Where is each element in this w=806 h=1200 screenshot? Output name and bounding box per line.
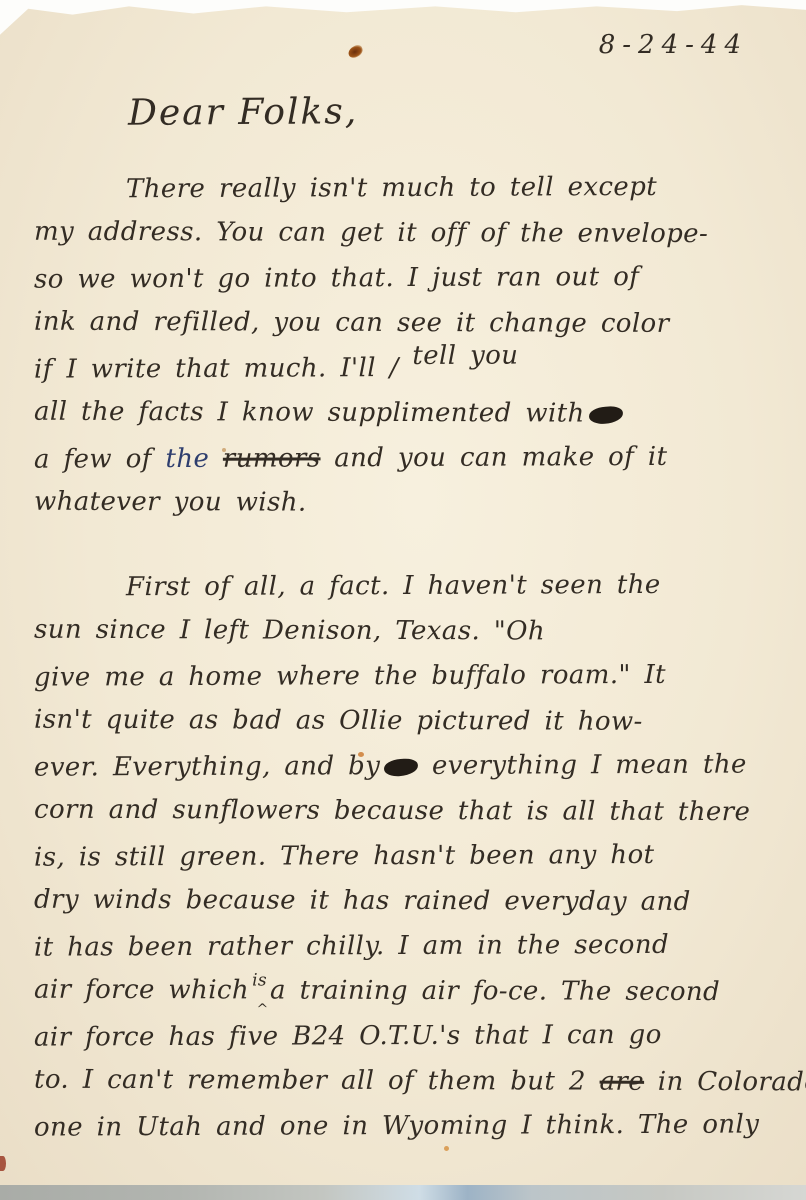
letter-line: whatever you wish. (34, 480, 782, 528)
letter-segment: There really isn't much to tell except (126, 172, 657, 204)
letter-segment: it has been rather chilly. I am in the s… (34, 930, 669, 963)
letter-segment-blob (384, 757, 419, 776)
letter-segment: air force which (34, 975, 249, 1006)
letter-segment: my address. You can get it off of the en… (34, 217, 708, 249)
letter-line: ink and refilled, you can see it change … (34, 300, 782, 348)
letter-line: isn't quite as bad as Ollie pictured it … (34, 698, 782, 746)
letter-segment: give me a home where the buffalo roam." … (34, 660, 666, 693)
letter-segment: ink and refilled, you can see it change … (34, 307, 670, 339)
letter-segment: ever. Everything, and by (34, 751, 380, 783)
letter-segment: in Colorado (644, 1067, 806, 1098)
letter-line: ever. Everything, and by everything I me… (34, 742, 782, 790)
letter-line: is, is still green. There hasn't been an… (34, 832, 782, 880)
letter-line: to. I can't remember all of them but 2 a… (34, 1058, 782, 1106)
letter-line: a few of the rumors and you can make of … (34, 434, 782, 482)
letter-segment: one in Utah and one in Wyoming I think. … (34, 1109, 759, 1142)
letter-segment: sun since I left Denison, Texas. "Oh (34, 615, 545, 647)
letter-body: There really isn't much to tell exceptmy… (34, 166, 782, 1149)
letter-salutation: Dear Folks, (128, 91, 358, 134)
letter-segment: and you can make of it (320, 442, 667, 474)
letter-segment: corn and sunflowers because that is all … (34, 795, 750, 828)
letter-line: so we won't go into that. I just ran out… (34, 254, 782, 302)
ink-stain (346, 43, 364, 59)
letter-segment-strike: are (600, 1067, 645, 1097)
letter-segment: if I write that much. I'll / (34, 353, 413, 385)
letter-line: dry winds because it has rained everyday… (34, 878, 782, 926)
letter-line: air force has five B24 O.T.U.'s that I c… (34, 1012, 782, 1060)
letter-line: give me a home where the buffalo roam." … (34, 652, 782, 700)
letter-segment-insert: is (252, 970, 267, 990)
letter-segment: so we won't go into that. I just ran out… (34, 262, 639, 295)
letter-segment-blue: the (165, 444, 209, 474)
letter-line: sun since I left Denison, Texas. "Oh (34, 608, 782, 656)
letter-line: if I write that much. I'll / tell you (34, 344, 782, 392)
letter-segment: is, is still green. There hasn't been an… (34, 840, 655, 873)
letter-segment: to. I can't remember all of them but 2 (34, 1065, 600, 1097)
letter-segment-strike: rumors (223, 443, 321, 473)
letter-segment: a few of (34, 444, 166, 475)
scan-background: { "colors": { "paper": "#f2e9d4", "paper… (0, 0, 806, 1200)
letter-segment: everything I mean the (418, 750, 747, 781)
letter-line: one in Utah and one in Wyoming I think. … (34, 1102, 782, 1150)
letter-segment: air force has five B24 O.T.U.'s that I c… (34, 1020, 662, 1053)
letter-segment-raised: tell you (412, 341, 518, 371)
letter-segment: a training air fo-ce. The second (270, 976, 720, 1008)
letter-segment-blob (588, 405, 623, 424)
letter-line: There really isn't much to tell except (34, 164, 782, 212)
letter-line: corn and sunflowers because that is all … (34, 788, 782, 836)
letter-segment: all the facts I know supplimented with (34, 397, 585, 429)
letter-line: air force whichisa training air fo-ce. T… (34, 968, 782, 1016)
letter-line: all the facts I know supplimented with (34, 390, 782, 438)
letter-line: First of all, a fact. I haven't seen the (34, 562, 782, 610)
scan-edge-bottom (0, 1185, 806, 1200)
letter-segment (209, 444, 223, 474)
letter-segment: whatever you wish. (34, 487, 307, 518)
letter-paper: 8-24-44 Dear Folks, There really isn't m… (0, 4, 806, 1186)
letter-date: 8-24-44 (599, 30, 748, 60)
letter-line: my address. You can get it off of the en… (34, 210, 782, 258)
letter-segment: First of all, a fact. I haven't seen the (126, 570, 661, 602)
letter-segment: isn't quite as bad as Ollie pictured it … (34, 705, 643, 737)
letter-segment: dry winds because it has rained everyday… (34, 885, 691, 917)
paper-edge-mark (0, 1156, 6, 1171)
letter-line: it has been rather chilly. I am in the s… (34, 922, 782, 970)
